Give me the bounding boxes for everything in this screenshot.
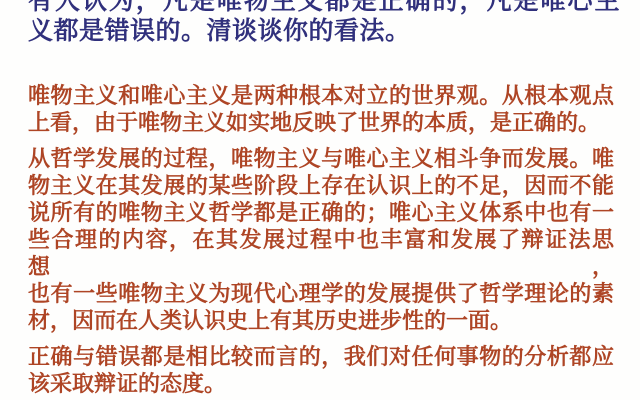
title-line-1: 有人认为，凡是唯物主义都是正确的，凡是唯心主 <box>28 0 620 17</box>
text-line: 该采取辩证的态度。 <box>28 370 614 397</box>
paragraph-1: 唯物主义和唯心主义是两种根本对立的世界观。从根本观点 上看，由于唯物主义如实地反… <box>28 82 614 136</box>
text-line: 上看，由于唯物主义如实地反映了世界的本质，是正确的。 <box>28 109 614 136</box>
text-line: 说所有的唯物主义哲学都是正确的；唯心主义体系中也有一 <box>28 199 614 226</box>
paragraph-2: 从哲学发展的过程，唯物主义与唯心主义相斗争而发展。唯 物主义在其发展的某些阶段上… <box>28 145 614 334</box>
slide-body: 唯物主义和唯心主义是两种根本对立的世界观。从根本观点 上看，由于唯物主义如实地反… <box>28 82 614 397</box>
title-line-2: 义都是错误的。清谈谈你的看法。 <box>28 17 620 47</box>
paragraph-3: 正确与错误都是相比较而言的，我们对任何事物的分析都应 该采取辩证的态度。 <box>28 343 614 397</box>
slide: 有人认为，凡是唯物主义都是正确的，凡是唯心主 义都是错误的。清谈谈你的看法。 唯… <box>0 0 640 400</box>
text-line: 唯物主义和唯心主义是两种根本对立的世界观。从根本观点 <box>28 82 614 109</box>
text-line: 物主义在其发展的某些阶段上存在认识上的不足，因而不能 <box>28 172 614 199</box>
text-line: 材，因而在人类认识史上有其历史进步性的一面。 <box>28 307 614 334</box>
slide-title: 有人认为，凡是唯物主义都是正确的，凡是唯心主 义都是错误的。清谈谈你的看法。 <box>28 0 620 47</box>
text-line: 正确与错误都是相比较而言的，我们对任何事物的分析都应 <box>28 343 614 370</box>
text-line: 也有一些唯物主义为现代心理学的发展提供了哲学理论的素 <box>28 280 614 307</box>
text-line: 些合理的内容，在其发展过程中也丰富和发展了辩证法思想， <box>28 226 614 280</box>
text-line: 从哲学发展的过程，唯物主义与唯心主义相斗争而发展。唯 <box>28 145 614 172</box>
